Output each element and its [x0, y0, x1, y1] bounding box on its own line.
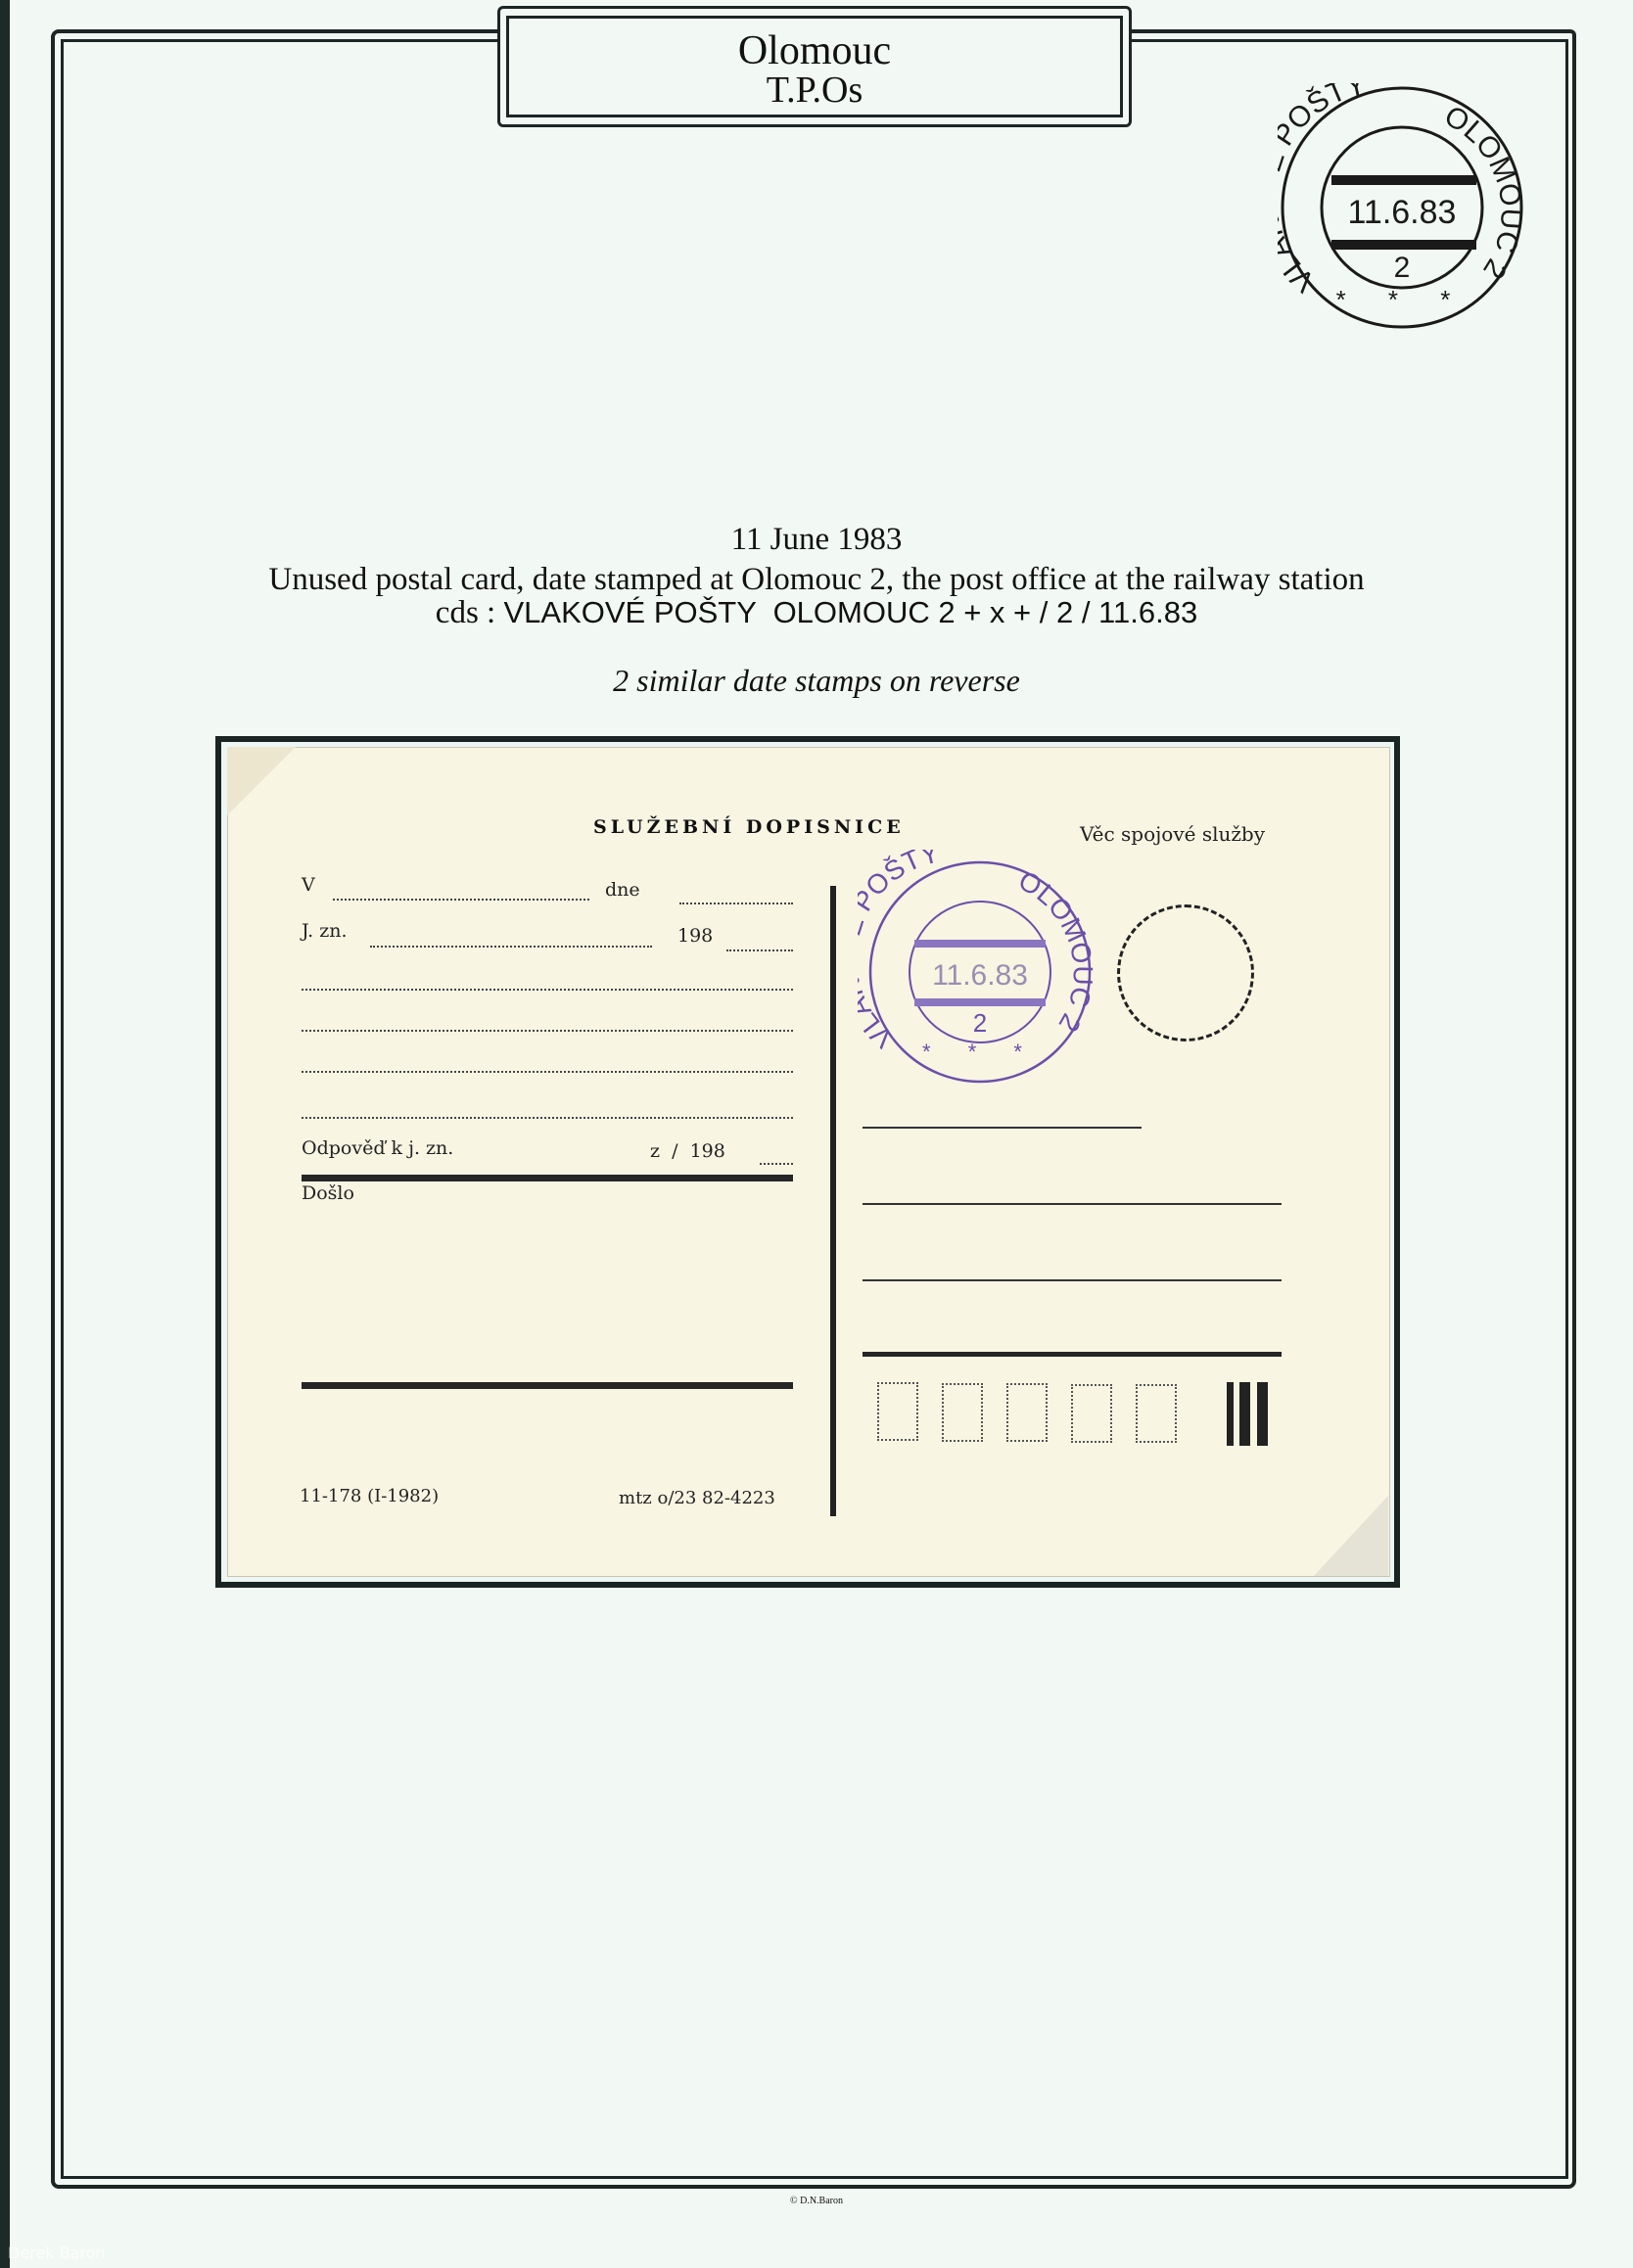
reply-label: Odpověď k j. zn.: [302, 1137, 453, 1159]
postcode-box: [1006, 1383, 1048, 1442]
title-box: Olomouc T.P.Os: [497, 6, 1132, 127]
item-date: 11 June 1983: [0, 522, 1633, 558]
ref-label: J. zn.: [302, 920, 348, 942]
card-divider: [830, 886, 836, 1516]
year-label: 198: [677, 925, 713, 947]
address-line: [863, 1279, 1282, 1281]
postcode-box: [877, 1382, 918, 1441]
reverse-note: 2 similar date stamps on reverse: [0, 663, 1633, 699]
code-bar: [1239, 1382, 1250, 1446]
address-rule: [863, 1352, 1282, 1357]
code-bar: [1257, 1382, 1268, 1446]
page-title: Olomouc: [509, 30, 1120, 71]
card-postmark-arc-left: VLAKOVÉ POŠTY: [858, 850, 943, 1054]
service-label: Věc spojové služby: [1080, 822, 1265, 846]
photo-corner-top-left: [227, 747, 296, 815]
cds-text: VLAKOVÉ POŠTY OLOMOUC 2 + x + / 2 / 11.6…: [503, 595, 1197, 629]
text-dotted-line: [302, 1030, 793, 1032]
watermark: Derek Baron: [8, 2244, 106, 2262]
date-dotted-line: [679, 903, 793, 904]
received-rule: [302, 1382, 793, 1389]
received-label: Došlo: [302, 1182, 354, 1204]
date-label: dne: [605, 879, 640, 901]
card-postmark-date: 11.6.83: [932, 959, 1028, 992]
text-dotted-line: [302, 989, 793, 991]
code-bar: [1227, 1382, 1234, 1446]
place-label: V: [302, 874, 315, 896]
year-dotted-line: [726, 949, 793, 951]
card-postmark-stars: * * *: [922, 1040, 1038, 1064]
copyright: © D.N.Baron: [0, 2196, 1633, 2206]
card-heading: SLUŽEBNÍ DOPISNICE: [593, 816, 905, 838]
place-dotted-line: [333, 899, 589, 901]
reply-z-label: z / 198: [650, 1140, 725, 1162]
cds-prefix: cds :: [436, 595, 504, 630]
reply-rule: [302, 1175, 793, 1181]
reply-dotted-line: [760, 1163, 793, 1165]
card-postmark: VLAKOVÉ POŠTY OLOMOUC 2 11.6.83 2 * * *: [858, 850, 1102, 1094]
postcode-box: [1136, 1384, 1177, 1443]
card-postmark-arc-right: OLOMOUC 2: [1013, 865, 1098, 1038]
imprint-left: 11-178 (I-1982): [300, 1486, 439, 1506]
address-line: [863, 1127, 1142, 1129]
card-postmark-number: 2: [973, 1008, 987, 1038]
page-postmark-arc-right: OLOMOUC 2: [1439, 100, 1527, 285]
imprint-right: mtz o/23 82-4223: [619, 1488, 775, 1508]
page-postmark-stars: * * *: [1336, 285, 1469, 314]
postcard: [227, 747, 1390, 1577]
address-line: [863, 1203, 1282, 1205]
item-summary: Unused postal card, date stamped at Olom…: [0, 562, 1633, 598]
scan-edge: [0, 0, 10, 2268]
photo-corner-bottom-right: [1314, 1496, 1388, 1576]
page-postmark-number: 2: [1394, 252, 1411, 284]
text-dotted-line: [302, 1117, 793, 1119]
page-postmark-date: 11.6.83: [1348, 194, 1457, 231]
page-subtitle: T.P.Os: [509, 71, 1120, 109]
ref-dotted-line: [370, 946, 652, 948]
text-dotted-line: [302, 1071, 793, 1073]
page-postmark: VLAKOVÉ POŠTY OLOMOUC 2 11.6.83 2 * * *: [1278, 83, 1527, 333]
stamp-imprint-circle: [1117, 904, 1254, 1041]
cds-line: cds : VLAKOVÉ POŠTY OLOMOUC 2 + x + / 2 …: [0, 595, 1633, 631]
postcode-box: [942, 1383, 983, 1442]
postcode-box: [1071, 1384, 1112, 1443]
